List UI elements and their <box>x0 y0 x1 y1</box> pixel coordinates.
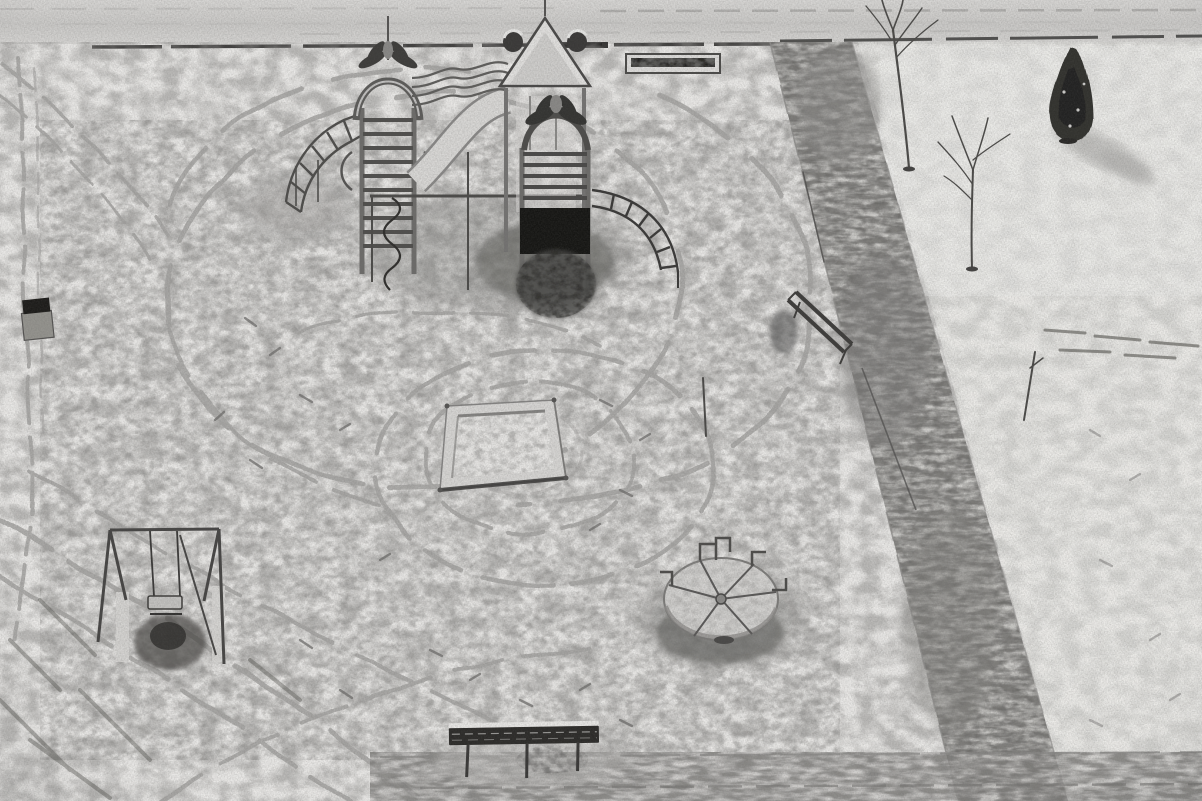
vignette <box>0 0 1202 801</box>
playground-photo <box>0 0 1202 801</box>
